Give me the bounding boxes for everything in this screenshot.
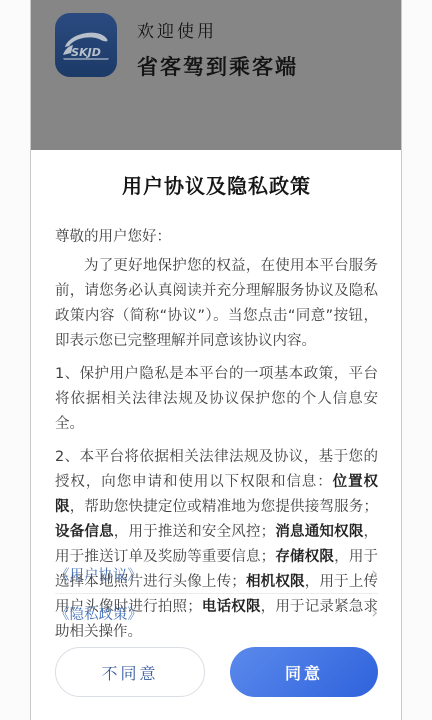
app-logo: SKJD (55, 13, 117, 77)
privacy-policy-link[interactable]: 《隐私政策》 › (55, 593, 378, 632)
phone-screenshot: SKJD 欢迎使用 省客驾到乘客端 用户协议及隐私政策 尊敬的用户您好： 为了更… (31, 0, 401, 720)
chevron-right-icon: › (371, 566, 378, 583)
svg-text:SKJD: SKJD (71, 46, 101, 59)
policy-item-1: 1、保护用户隐私是本平台的一项基本政策，平台将依据相关法律法规及协议保护您的个人… (55, 362, 378, 437)
agree-button[interactable]: 同意 (230, 647, 378, 697)
user-agreement-link[interactable]: 《用户协议》 › (55, 555, 378, 593)
app-name-label: 省客驾到乘客端 (137, 51, 298, 81)
intro-paragraph: 为了更好地保护您的权益，在使用本平台服务前，请您务必认真阅读并充分理解服务协议及… (55, 254, 378, 354)
agreement-links: 《用户协议》 › 《隐私政策》 › (55, 555, 378, 632)
welcome-header: SKJD 欢迎使用 省客驾到乘客端 (31, 0, 401, 150)
user-agreement-label: 《用户协议》 (55, 564, 142, 585)
greeting-text: 尊敬的用户您好： (55, 225, 378, 250)
privacy-policy-label: 《隐私政策》 (55, 603, 142, 624)
chevron-right-icon: › (371, 605, 378, 622)
dialog-actions: 不同意 同意 (55, 647, 378, 697)
car-logo-icon: SKJD (55, 13, 117, 77)
welcome-text-block: 欢迎使用 省客驾到乘客端 (137, 17, 298, 81)
disagree-button[interactable]: 不同意 (55, 647, 205, 697)
agreement-dialog: 用户协议及隐私政策 尊敬的用户您好： 为了更好地保护您的权益，在使用本平台服务前… (31, 150, 401, 720)
welcome-label: 欢迎使用 (137, 17, 298, 42)
dialog-title: 用户协议及隐私政策 (55, 170, 378, 199)
